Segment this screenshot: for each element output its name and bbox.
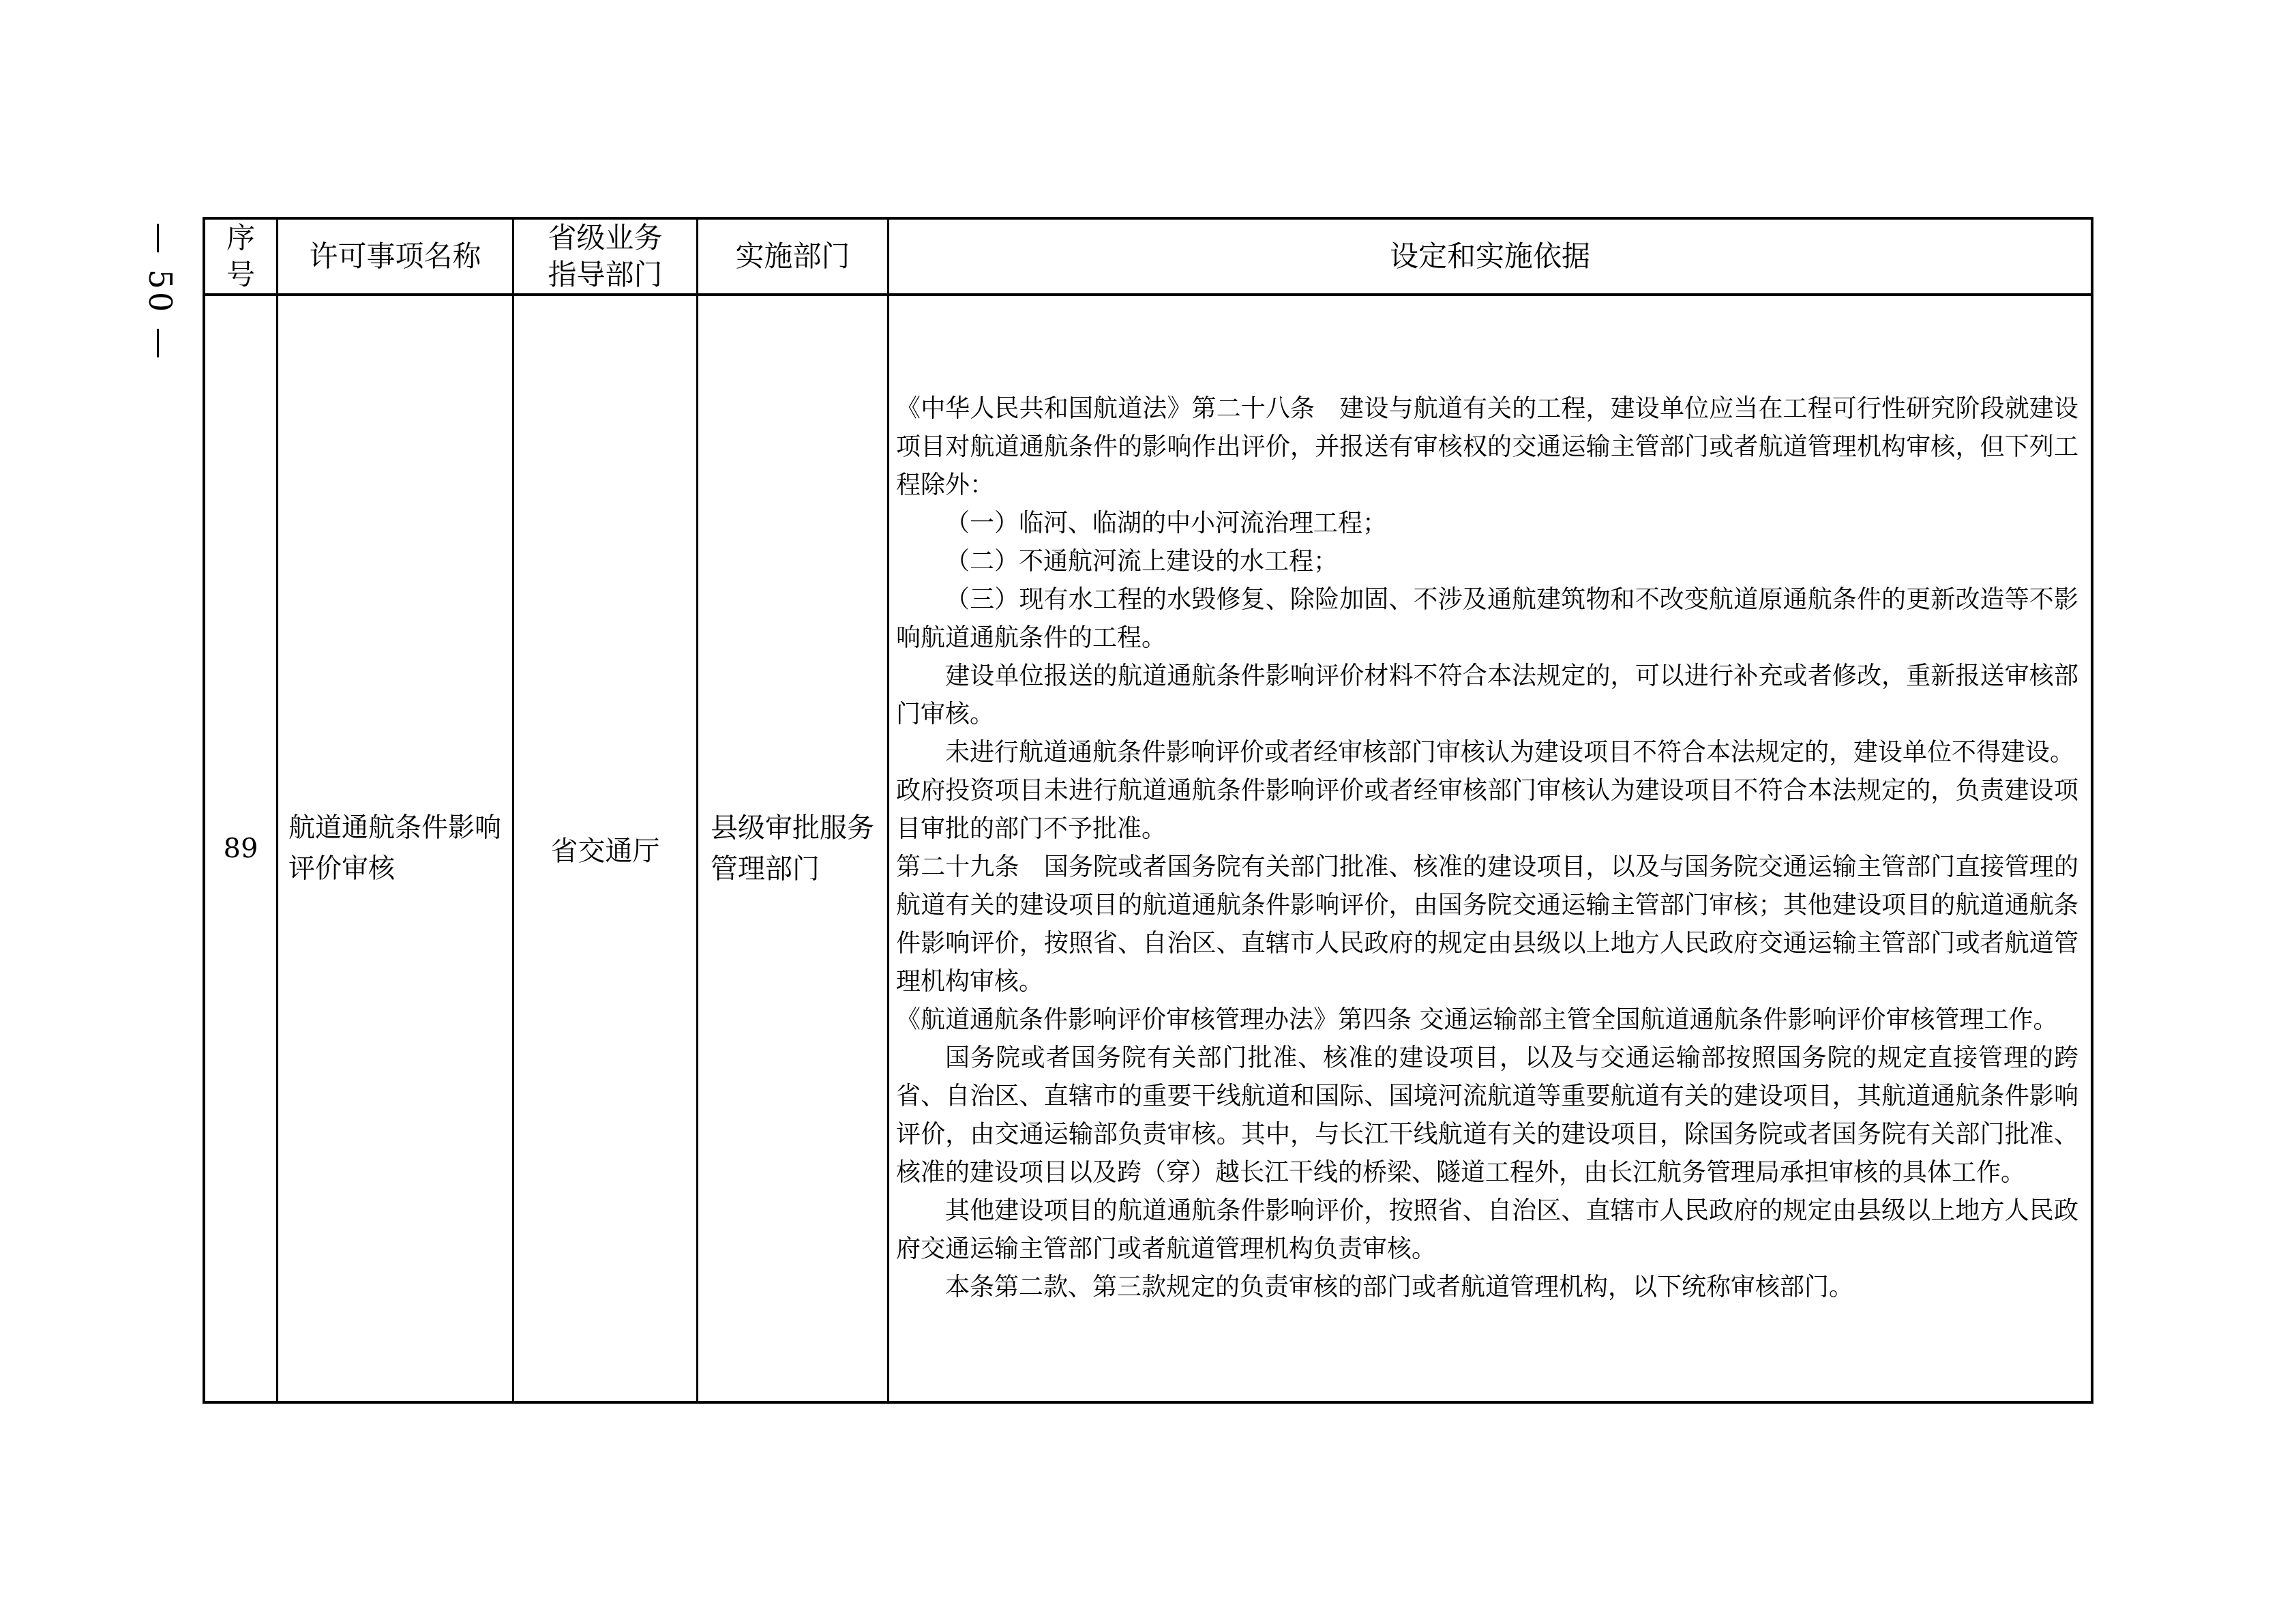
row-provincial-dept-cell: 省交通厅	[514, 296, 698, 1401]
basis-paragraph-6: 未进行航道通航条件影响评价或者经审核部门审核认为建设项目不符合本法规定的，建设单…	[896, 734, 2078, 772]
header-item-name-label: 许可事项名称	[309, 238, 481, 275]
basis-paragraph-3: （二）不通航河流上建设的水工程；	[896, 543, 2078, 581]
header-implementing-dept-label: 实施部门	[735, 238, 850, 275]
header-basis-label: 设定和实施依据	[1390, 238, 1590, 275]
row-provincial-dept-value: 省交通厅	[551, 829, 660, 868]
header-index-label: 序号	[225, 220, 256, 293]
header-cell-index: 序号	[205, 220, 278, 296]
row-item-name-value: 航道通航条件影响评价审核	[288, 808, 505, 889]
row-item-name-cell: 航道通航条件影响评价审核	[278, 296, 514, 1401]
document-page: — 50 — 序号 许可事项名称 省级业务指导部门 实施部门 设定和实施依据 8…	[0, 0, 2296, 1624]
row-index-value: 89	[224, 833, 258, 864]
header-cell-item-name: 许可事项名称	[278, 220, 514, 296]
basis-paragraph-2: （一）临河、临湖的中小河流治理工程；	[896, 505, 2078, 543]
basis-paragraph-10: 国务院或者国务院有关部门批准、核准的建设项目，以及与交通运输部按照国务院的规定直…	[896, 1039, 2078, 1192]
basis-paragraph-12: 本条第二款、第三款规定的负责审核的部门或者航道管理机构，以下统称审核部门。	[896, 1269, 2078, 1307]
row-basis-cell: 《中华人民共和国航道法》第二十八条 建设与航道有关的工程，建设单位应当在工程可行…	[889, 296, 2091, 1401]
basis-paragraph-9: 《航道通航条件影响评价审核管理办法》第四条 交通运输部主管全国航道通航条件影响评…	[896, 1001, 2078, 1039]
header-cell-provincial-dept: 省级业务指导部门	[514, 220, 698, 296]
permit-items-table: 序号 许可事项名称 省级业务指导部门 实施部门 设定和实施依据 89 航道通航条…	[203, 217, 2093, 1404]
row-implementing-dept-value: 县级审批服务管理部门	[711, 808, 878, 889]
header-cell-implementing-dept: 实施部门	[698, 220, 889, 296]
basis-paragraph-7: 政府投资项目未进行航道通航条件影响评价或者经审核部门审核认为建设项目不符合本法规…	[896, 772, 2078, 848]
basis-paragraph-5: 建设单位报送的航道通航条件影响评价材料不符合本法规定的，可以进行补充或者修改，重…	[896, 658, 2078, 734]
page-number: — 50 —	[142, 222, 179, 361]
basis-paragraph-1: 《中华人民共和国航道法》第二十八条 建设与航道有关的工程，建设单位应当在工程可行…	[896, 390, 2078, 505]
header-cell-basis: 设定和实施依据	[889, 220, 2091, 296]
basis-paragraph-8: 第二十九条 国务院或者国务院有关部门批准、核准的建设项目，以及与国务院交通运输主…	[896, 848, 2078, 1001]
header-provincial-dept-label: 省级业务指导部门	[547, 220, 664, 293]
row-index-cell: 89	[205, 296, 278, 1401]
basis-paragraph-4: （三）现有水工程的水毁修复、除险加固、不涉及通航建筑物和不改变航道原通航条件的更…	[896, 581, 2078, 658]
basis-paragraph-11: 其他建设项目的航道通航条件影响评价，按照省、自治区、直辖市人民政府的规定由县级以…	[896, 1192, 2078, 1269]
row-implementing-dept-cell: 县级审批服务管理部门	[698, 296, 889, 1401]
